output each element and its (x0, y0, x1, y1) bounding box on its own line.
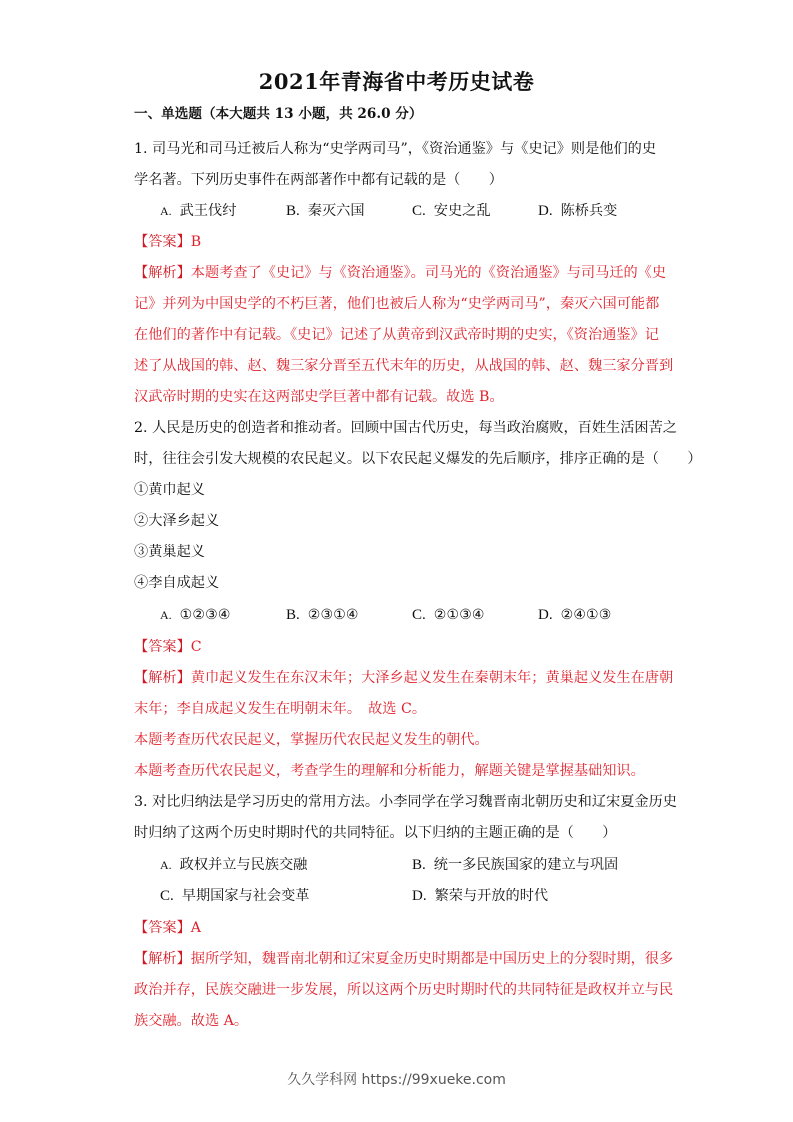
q1-option-b: B.秦灭六国 (286, 201, 365, 221)
q3-option-c: C.早期国家与社会变革 (160, 886, 309, 906)
q2-analysis-line-1: 【解析】黄巾起义发生在东汉末年；大泽乡起义发生在秦朝末年；黄巢起义发生在唐朝 (134, 668, 673, 688)
q3-option-d: D.繁荣与开放的时代 (412, 886, 548, 906)
exam-page: 2021年青海省中考历史试卷 一、单选题（本大题共 13 小题，共 26.0 分… (0, 0, 793, 1122)
analysis-tag: 【解析】 (134, 670, 191, 686)
q2-stem-line-1: 2. 人民是历史的创造者和推动者。回顾中国古代历史，每当政治腐败，百姓生活困苦之 (134, 418, 677, 438)
answer-tag: 【答案】 (134, 920, 191, 936)
q2-item-2: ②大泽乡起义 (134, 511, 219, 531)
answer-tag: 【答案】 (134, 234, 191, 250)
q2-answer: 【答案】C (134, 637, 202, 657)
document-title: 2021年青海省中考历史试卷 (0, 66, 793, 96)
q3-analysis-line-3: 族交融。故选 A。 (134, 1011, 248, 1031)
q1-answer: 【答案】B (134, 232, 201, 252)
q1-analysis-line-2: 记》并列为中国史学的不朽巨著，他们也被后人称为“史学两司马”，秦灭六国可能都 (134, 294, 659, 314)
q2-item-1: ①黄巾起义 (134, 480, 205, 500)
q2-item-3: ③黄巢起义 (134, 542, 205, 562)
analysis-tag: 【解析】 (134, 951, 191, 967)
q2-option-a: A.①②③④ (160, 605, 231, 625)
q2-option-d: D.②④①③ (538, 605, 611, 625)
q1-option-d: D.陈桥兵变 (538, 201, 617, 221)
footer-watermark: 久久学科网 https://99xueke.com (0, 1069, 793, 1089)
q3-stem-line-1: 3. 对比归纳法是学习历史的常用方法。小李同学在学习魏晋南北朝历史和辽宋夏金历史 (134, 792, 677, 812)
q3-option-b: B.统一多民族国家的建立与巩固 (412, 855, 618, 875)
q2-extra-line-1: 本题考查历代农民起义，掌握历代农民起义发生的朝代。 (134, 730, 489, 750)
q1-analysis-line-5: 汉武帝时期的史实在这两部史学巨著中都有记载。故选 B。 (134, 387, 504, 407)
q2-extra-line-2: 本题考查历代农民起义，考查学生的理解和分析能力，解题关键是掌握基础知识。 (134, 761, 645, 781)
q2-analysis-line-2: 末年；李自成起义发生在明朝末年。 故选 C。 (134, 699, 426, 719)
q2-stem-line-2: 时，往往会引发大规模的农民起义。以下农民起义爆发的先后顺序，排序正确的是（ ） (134, 449, 702, 469)
q3-stem-line-2: 时归纳了这两个历史时期时代的共同特征。以下归纳的主题正确的是（ ） (134, 823, 616, 843)
q2-option-b: B.②③①④ (286, 605, 359, 625)
analysis-tag: 【解析】 (134, 265, 191, 281)
section-heading: 一、单选题（本大题共 13 小题，共 26.0 分） (134, 104, 422, 124)
answer-tag: 【答案】 (134, 639, 191, 655)
q1-analysis-line-4: 述了从战国的韩、赵、魏三家分晋至五代末年的历史，从战国的韩、赵、魏三家分晋到 (134, 356, 673, 376)
q1-option-c: C.安史之乱 (412, 201, 491, 221)
q1-analysis-line-3: 在他们的著作中有记载。《史记》记述了从黄帝到汉武帝时期的史实，《资治通鉴》记 (134, 325, 659, 345)
q3-analysis-line-2: 政治并存，民族交融进一步发展，所以这两个历史时期时代的共同特征是政权并立与民 (134, 980, 673, 1000)
q1-stem-line-2: 学名著。下列历史事件在两部著作中都有记载的是（ ） (134, 170, 503, 190)
q3-option-a: A.政权并立与民族交融 (160, 855, 307, 875)
q2-item-4: ④李自成起义 (134, 573, 219, 593)
q3-answer: 【答案】A (134, 918, 201, 938)
q1-analysis-line-1: 【解析】本题考查了《史记》与《资治通鉴》。司马光的《资治通鉴》与司马迁的《史 (134, 263, 666, 283)
q1-option-a: A.武王伐纣 (160, 201, 236, 221)
q2-option-c: C.②①③④ (412, 605, 485, 625)
q1-stem-line-1: 1. 司马光和司马迁被后人称为“史学两司马”，《资治通鉴》与《史记》则是他们的史 (134, 139, 656, 159)
q3-analysis-line-1: 【解析】据所学知，魏晋南北朝和辽宋夏金历史时期都是中国历史上的分裂时期，很多 (134, 949, 673, 969)
